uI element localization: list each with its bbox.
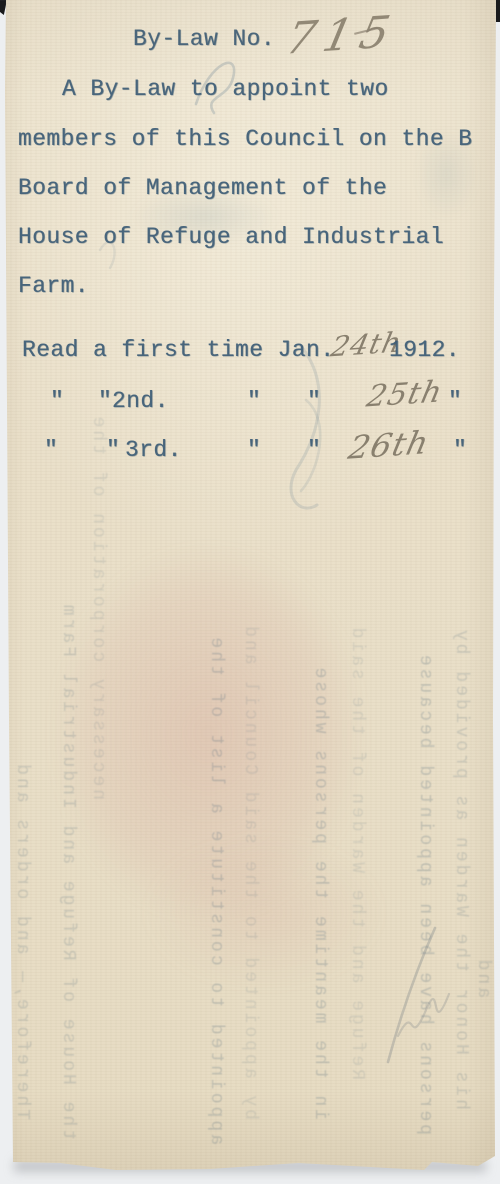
ditto-mark: " bbox=[44, 437, 58, 464]
ditto-mark: " bbox=[448, 388, 462, 415]
ditto-mark: " bbox=[247, 388, 261, 415]
reading-first-line: Read a first time Jan. 24th 1912. bbox=[0, 337, 500, 377]
scanner-corner-artifact-right bbox=[496, 0, 500, 22]
reading-second-line: " " 2nd. " " 25th " bbox=[0, 388, 500, 428]
reading-first-prefix: Read a first time Jan. bbox=[22, 337, 334, 364]
ditto-mark: " bbox=[307, 388, 321, 415]
ditto-mark: " bbox=[453, 437, 467, 464]
reading-second-label: 2nd. bbox=[112, 388, 169, 415]
ditto-mark: " bbox=[50, 388, 64, 415]
bleed-through-text: and bbox=[473, 928, 493, 998]
reading-third-day-handwritten: 26th bbox=[345, 423, 433, 466]
bylaw-description-line-5: Farm. bbox=[18, 273, 89, 300]
bylaw-description-line-1: A By-Law to appoint two bbox=[62, 76, 389, 103]
ditto-mark: " bbox=[247, 437, 261, 464]
scanned-document: the House of Refuge and Industrial Farm … bbox=[0, 0, 500, 1184]
reading-third-label: 3rd. bbox=[125, 437, 182, 464]
bylaw-description-line-2: members of this Council on the B bbox=[18, 126, 472, 153]
pink-stain-secondary bbox=[148, 838, 380, 986]
pink-stain bbox=[58, 552, 358, 914]
reading-first-year: 1912. bbox=[389, 337, 460, 364]
bleed-through-text: Therefore,— and orders and bbox=[12, 560, 32, 1120]
bleed-through-text: by appointed to the said Council and bbox=[240, 420, 260, 1120]
document-page: the House of Refuge and Industrial Farm … bbox=[0, 0, 500, 1184]
reading-third-line: " " 3rd. " " 26th " bbox=[0, 437, 500, 477]
ditto-mark: " bbox=[106, 437, 120, 464]
document-title: By-Law No. bbox=[133, 26, 275, 53]
bylaw-description-line-4: House of Refuge and Industrial bbox=[18, 224, 444, 251]
reading-second-day-handwritten: 25th bbox=[364, 374, 446, 414]
bylaw-number-handwritten: 715 bbox=[282, 6, 403, 64]
bylaw-description-line-3: Board of Management of the bbox=[18, 175, 387, 202]
ditto-mark: " bbox=[307, 437, 321, 464]
ditto-mark: " bbox=[98, 388, 112, 415]
